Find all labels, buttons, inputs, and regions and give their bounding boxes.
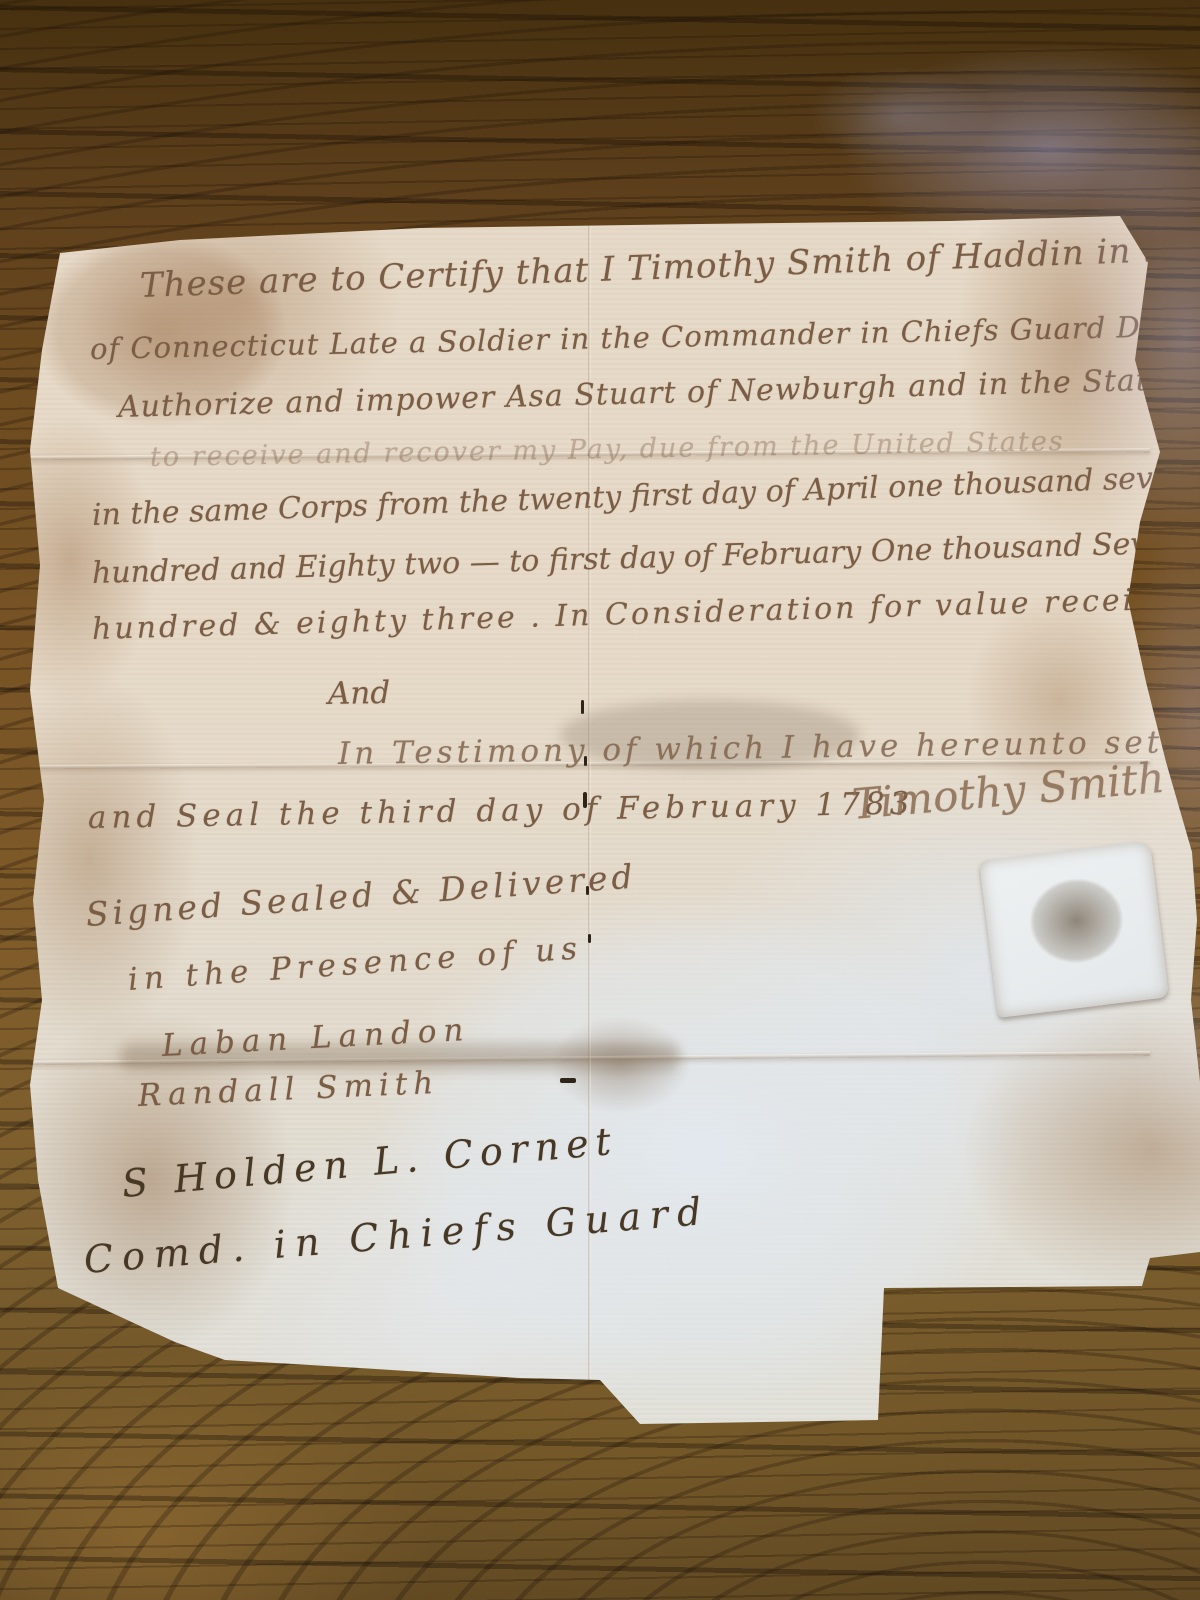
handwritten-line: in the Presence of us <box>127 930 584 998</box>
photo-of-document: These are to Certify that I Timothy Smit… <box>0 0 1200 1600</box>
handwritten-line: and Seal the third day of February 1783 <box>88 786 915 836</box>
seal-patch <box>979 840 1169 1018</box>
handwritten-line: And <box>328 675 391 712</box>
handwritten-line: These are to Certify that I Timothy Smit… <box>139 225 1200 306</box>
handwritten-line-faded: to receive and recover my Pay, due from … <box>150 426 1065 473</box>
handwritten-line: of Connecticut Late a Soldier in the Com… <box>90 307 1200 366</box>
handwritten-line: hundred & eighty three . In Consideratio… <box>92 581 1199 647</box>
signature-title-line: Comd. in Chiefs Guard <box>82 1189 712 1282</box>
witness-signature-randall-smith: Randall Smith <box>137 1065 440 1114</box>
stitch-mark <box>588 934 591 943</box>
signature-s-holden: S Holden L. Cornet <box>120 1119 619 1206</box>
stitch-mark <box>581 700 584 714</box>
handwritten-line: Signed Sealed & Delivered <box>85 857 638 934</box>
stitch-mark <box>560 1078 576 1083</box>
handwritten-line: hundred and Eighty two — to first day of… <box>92 525 1185 590</box>
handwritten-line: Authorize and impower Asa Stuart of Newb… <box>118 361 1200 425</box>
